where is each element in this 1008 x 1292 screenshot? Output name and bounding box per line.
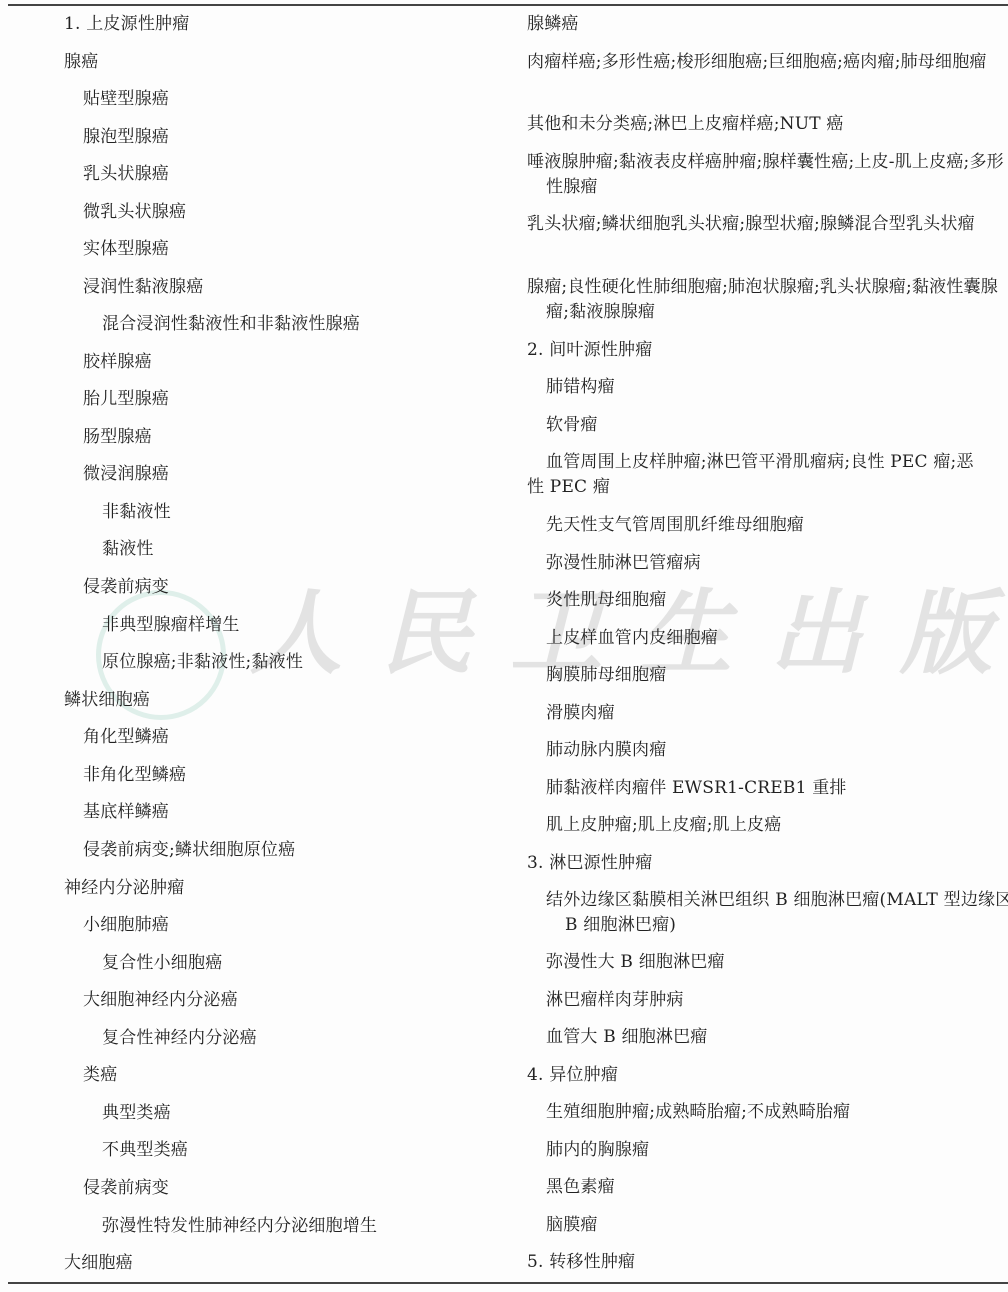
list-item: 复合性神经内分泌癌	[102, 1026, 257, 1051]
list-item: 腺瘤;良性硬化性肺细胞瘤;肺泡状腺瘤;乳头状腺瘤;黏液性囊腺瘤;黏液腺腺瘤	[527, 275, 1008, 325]
list-item: 大细胞神经内分泌癌	[83, 988, 238, 1013]
list-item: 弥漫性肺淋巴管瘤病	[546, 551, 701, 576]
list-item: 肺错构瘤	[546, 375, 615, 400]
list-item: 黑色素瘤	[546, 1175, 615, 1200]
list-item: 弥漫性大 B 细胞淋巴瘤	[546, 950, 725, 975]
list-item: 胸膜肺母细胞瘤	[546, 663, 666, 688]
list-item: 侵袭前病变	[83, 1176, 169, 1201]
list-item: 血管周围上皮样肿瘤;淋巴管平滑肌瘤病;良性 PEC 瘤;恶性 PEC 瘤	[527, 450, 976, 500]
list-item: 淋巴瘤样肉芽肿病	[546, 988, 684, 1013]
section-heading: 2. 间叶源性肿瘤	[527, 338, 652, 363]
list-item: 肉瘤样癌;多形性癌;梭形细胞癌;巨细胞癌;癌肉瘤;肺母细胞瘤	[527, 50, 1008, 75]
list-item: 原位腺癌;非黏液性;黏液性	[102, 650, 303, 675]
list-item: 浸润性黏液腺癌	[83, 275, 203, 300]
list-item: 微浸润腺癌	[83, 462, 169, 487]
list-item: 生殖细胞肿瘤;成熟畸胎瘤;不成熟畸胎瘤	[546, 1100, 850, 1125]
list-item: 复合性小细胞癌	[102, 951, 222, 976]
list-item: 弥漫性特发性肺神经内分泌细胞增生	[102, 1214, 377, 1239]
list-item: 微乳头状腺癌	[83, 200, 186, 225]
list-item: 黏液性	[102, 537, 154, 562]
list-item: 不典型类癌	[102, 1138, 188, 1163]
list-item: 唾液腺肿瘤;黏液表皮样癌肿瘤;腺样囊性癌;上皮-肌上皮癌;多形性腺瘤	[527, 150, 1008, 200]
list-item: 非典型腺瘤样增生	[102, 613, 240, 638]
list-item: 实体型腺癌	[83, 237, 169, 262]
list-item: 混合浸润性黏液性和非黏液性腺癌	[102, 312, 360, 337]
list-item: 贴壁型腺癌	[83, 87, 169, 112]
list-item: 乳头状腺癌	[83, 162, 169, 187]
list-item: 小细胞肺癌	[83, 913, 169, 938]
list-item: 大细胞癌	[64, 1251, 133, 1276]
section-heading: 1. 上皮源性肿瘤	[64, 12, 189, 37]
list-item: 炎性肌母细胞瘤	[546, 588, 666, 613]
section-heading: 3. 淋巴源性肿瘤	[527, 851, 652, 876]
list-item: 其他和未分类癌;淋巴上皮瘤样癌;NUT 癌	[527, 112, 844, 137]
list-item: 肠型腺癌	[83, 425, 152, 450]
list-item: 腺癌	[64, 50, 98, 75]
list-item: 胎儿型腺癌	[83, 387, 169, 412]
list-item: 类癌	[83, 1063, 117, 1088]
list-item: 乳头状瘤;鳞状细胞乳头状瘤;腺型状瘤;腺鳞混合型乳头状瘤	[527, 212, 1008, 237]
list-item: 侵袭前病变;鳞状细胞原位癌	[83, 838, 295, 863]
list-item: 先天性支气管周围肌纤维母细胞瘤	[546, 513, 804, 538]
list-item: 神经内分泌肿瘤	[64, 876, 184, 901]
bottom-rule	[8, 1282, 1008, 1284]
list-item: 腺鳞癌	[527, 12, 579, 37]
list-item: 结外边缘区黏膜相关淋巴组织 B 细胞淋巴瘤(MALT 型边缘区 B 细胞淋巴瘤)	[546, 888, 1008, 938]
list-item: 典型类癌	[102, 1101, 171, 1126]
list-item: 肺内的胸腺瘤	[546, 1138, 649, 1163]
list-item: 肌上皮肿瘤;肌上皮瘤;肌上皮癌	[546, 813, 781, 838]
list-item: 基底样鳞癌	[83, 800, 169, 825]
list-item: 肺动脉内膜肉瘤	[546, 738, 666, 763]
top-rule	[8, 4, 1008, 6]
list-item: 非黏液性	[102, 500, 171, 525]
section-heading: 5. 转移性肿瘤	[527, 1250, 635, 1275]
list-item: 脑膜瘤	[546, 1213, 598, 1238]
list-item: 侵袭前病变	[83, 575, 169, 600]
list-item: 角化型鳞癌	[83, 725, 169, 750]
list-item: 上皮样血管内皮细胞瘤	[546, 626, 718, 651]
list-item: 滑膜肉瘤	[546, 701, 615, 726]
list-item: 腺泡型腺癌	[83, 125, 169, 150]
list-item: 肺黏液样肉瘤伴 EWSR1-CREB1 重排	[546, 776, 847, 801]
list-item: 非角化型鳞癌	[83, 763, 186, 788]
section-heading: 4. 异位肿瘤	[527, 1063, 618, 1088]
list-item: 血管大 B 细胞淋巴瘤	[546, 1025, 708, 1050]
list-item: 鳞状细胞癌	[64, 688, 150, 713]
list-item: 软骨瘤	[546, 413, 598, 438]
list-item: 胶样腺癌	[83, 350, 152, 375]
